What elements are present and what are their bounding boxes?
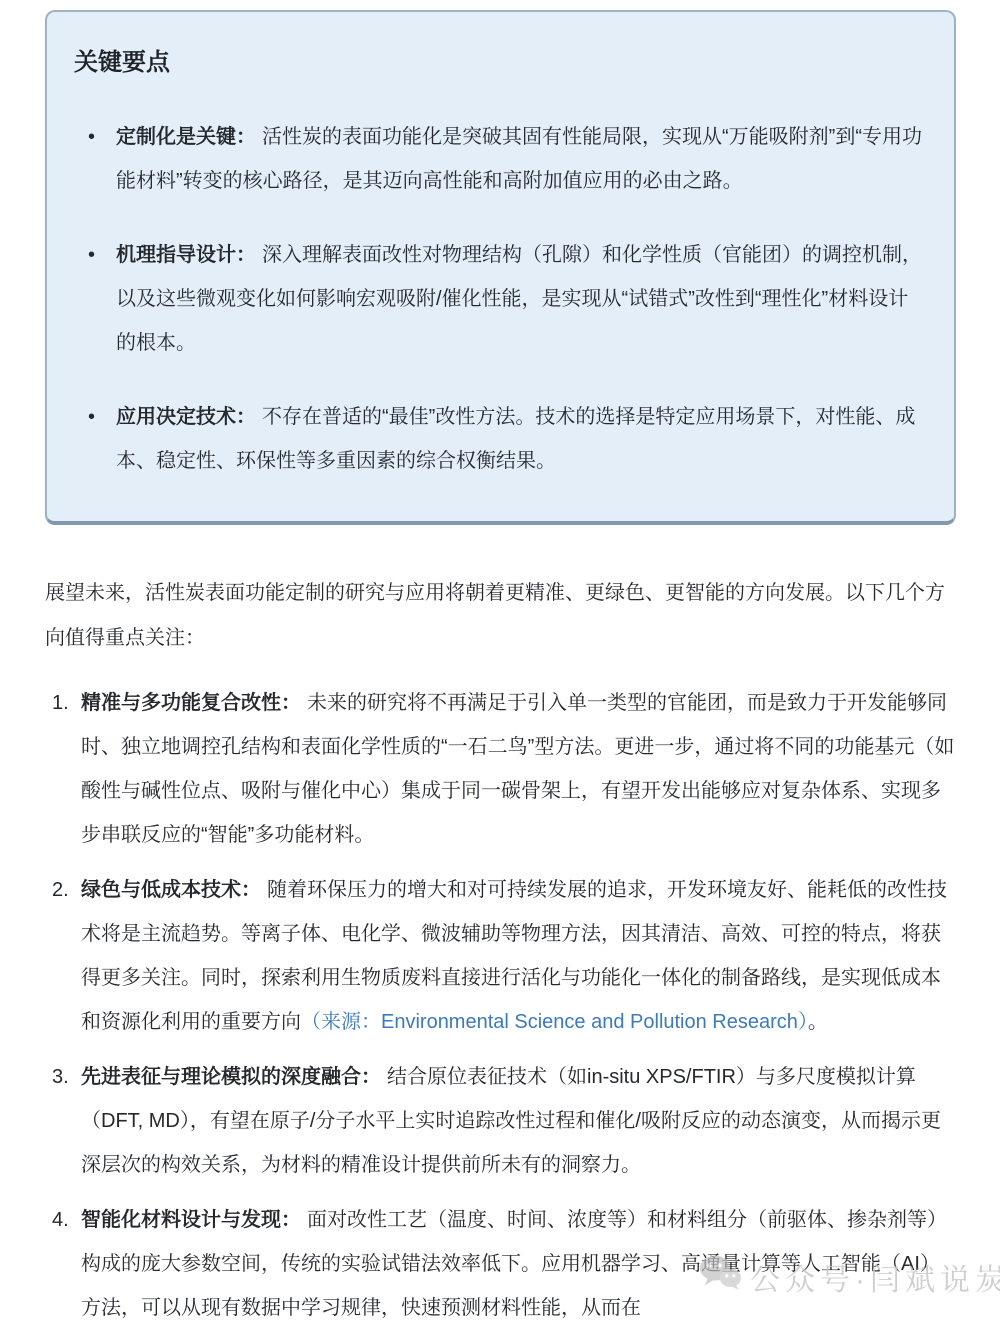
key-points-title: 关键要点 bbox=[74, 42, 926, 77]
bullet-icon: • bbox=[88, 115, 95, 159]
list-item: 1. 精准与多功能复合改性：未来的研究将不再满足于引入单一类型的官能团，而是致力… bbox=[45, 681, 958, 857]
source-link[interactable]: （来源：Environmental Science and Pollution … bbox=[301, 1011, 808, 1033]
list-item-text: 绿色与低成本技术：随着环保压力的增大和对可持续发展的追求，开发环境友好、能耗低的… bbox=[81, 879, 947, 1033]
key-point-label: 定制化是关键： bbox=[116, 126, 256, 148]
article-page: 关键要点 • 定制化是关键：活性炭的表面功能化是突破其固有性能局限，实现从“万能… bbox=[0, 0, 1000, 1331]
intro-paragraph: 展望未来，活性炭表面功能定制的研究与应用将朝着更精准、更绿色、更智能的方向发展。… bbox=[45, 571, 958, 661]
key-points-box: 关键要点 • 定制化是关键：活性炭的表面功能化是突破其固有性能局限，实现从“万能… bbox=[45, 10, 956, 525]
key-point-item: • 机理指导设计：深入理解表面改性对物理结构（孔隙）和化学性质（官能团）的调控机… bbox=[74, 233, 926, 365]
list-item-number: 4. bbox=[52, 1198, 69, 1242]
list-item-text: 精准与多功能复合改性：未来的研究将不再满足于引入单一类型的官能团，而是致力于开发… bbox=[81, 692, 954, 846]
list-item-number: 2. bbox=[52, 868, 69, 912]
bullet-icon: • bbox=[88, 233, 95, 277]
list-item: 4. 智能化材料设计与发现：面对改性工艺（温度、时间、浓度等）和材料组分（前驱体… bbox=[45, 1198, 958, 1330]
list-item-label: 绿色与低成本技术： bbox=[81, 879, 261, 901]
key-point-label: 机理指导设计： bbox=[116, 244, 256, 266]
list-item-text: 智能化材料设计与发现：面对改性工艺（温度、时间、浓度等）和材料组分（前驱体、掺杂… bbox=[81, 1209, 947, 1319]
list-item-number: 1. bbox=[52, 681, 69, 725]
list-item: 3. 先进表征与理论模拟的深度融合：结合原位表征技术（如in-situ XPS/… bbox=[45, 1055, 958, 1187]
list-item-number: 3. bbox=[52, 1055, 69, 1099]
key-point-label: 应用决定技术： bbox=[116, 406, 256, 428]
outlook-list: 1. 精准与多功能复合改性：未来的研究将不再满足于引入单一类型的官能团，而是致力… bbox=[45, 681, 958, 1330]
key-point-item: • 应用决定技术：不存在普适的“最佳”改性方法。技术的选择是特定应用场景下，对性… bbox=[74, 395, 926, 483]
list-item-body-after: 。 bbox=[808, 1011, 828, 1033]
list-item-label: 精准与多功能复合改性： bbox=[81, 692, 301, 714]
key-point-item: • 定制化是关键：活性炭的表面功能化是突破其固有性能局限，实现从“万能吸附剂”到… bbox=[74, 115, 926, 203]
key-point-text: 应用决定技术：不存在普适的“最佳”改性方法。技术的选择是特定应用场景下，对性能、… bbox=[116, 406, 915, 472]
list-item-body: 随着环保压力的增大和对可持续发展的追求，开发环境友好、能耗低的改性技术将是主流趋… bbox=[81, 879, 947, 1033]
list-item-text: 先进表征与理论模拟的深度融合：结合原位表征技术（如in-situ XPS/FTI… bbox=[81, 1066, 941, 1176]
key-point-text: 机理指导设计：深入理解表面改性对物理结构（孔隙）和化学性质（官能团）的调控机制，… bbox=[116, 244, 922, 354]
list-item-label: 智能化材料设计与发现： bbox=[81, 1209, 301, 1231]
list-item-body: 未来的研究将不再满足于引入单一类型的官能团，而是致力于开发能够同时、独立地调控孔… bbox=[81, 692, 954, 846]
list-item-label: 先进表征与理论模拟的深度融合： bbox=[81, 1066, 381, 1088]
bullet-icon: • bbox=[88, 395, 95, 439]
list-item: 2. 绿色与低成本技术：随着环保压力的增大和对可持续发展的追求，开发环境友好、能… bbox=[45, 868, 958, 1044]
key-point-text: 定制化是关键：活性炭的表面功能化是突破其固有性能局限，实现从“万能吸附剂”到“专… bbox=[116, 126, 922, 192]
